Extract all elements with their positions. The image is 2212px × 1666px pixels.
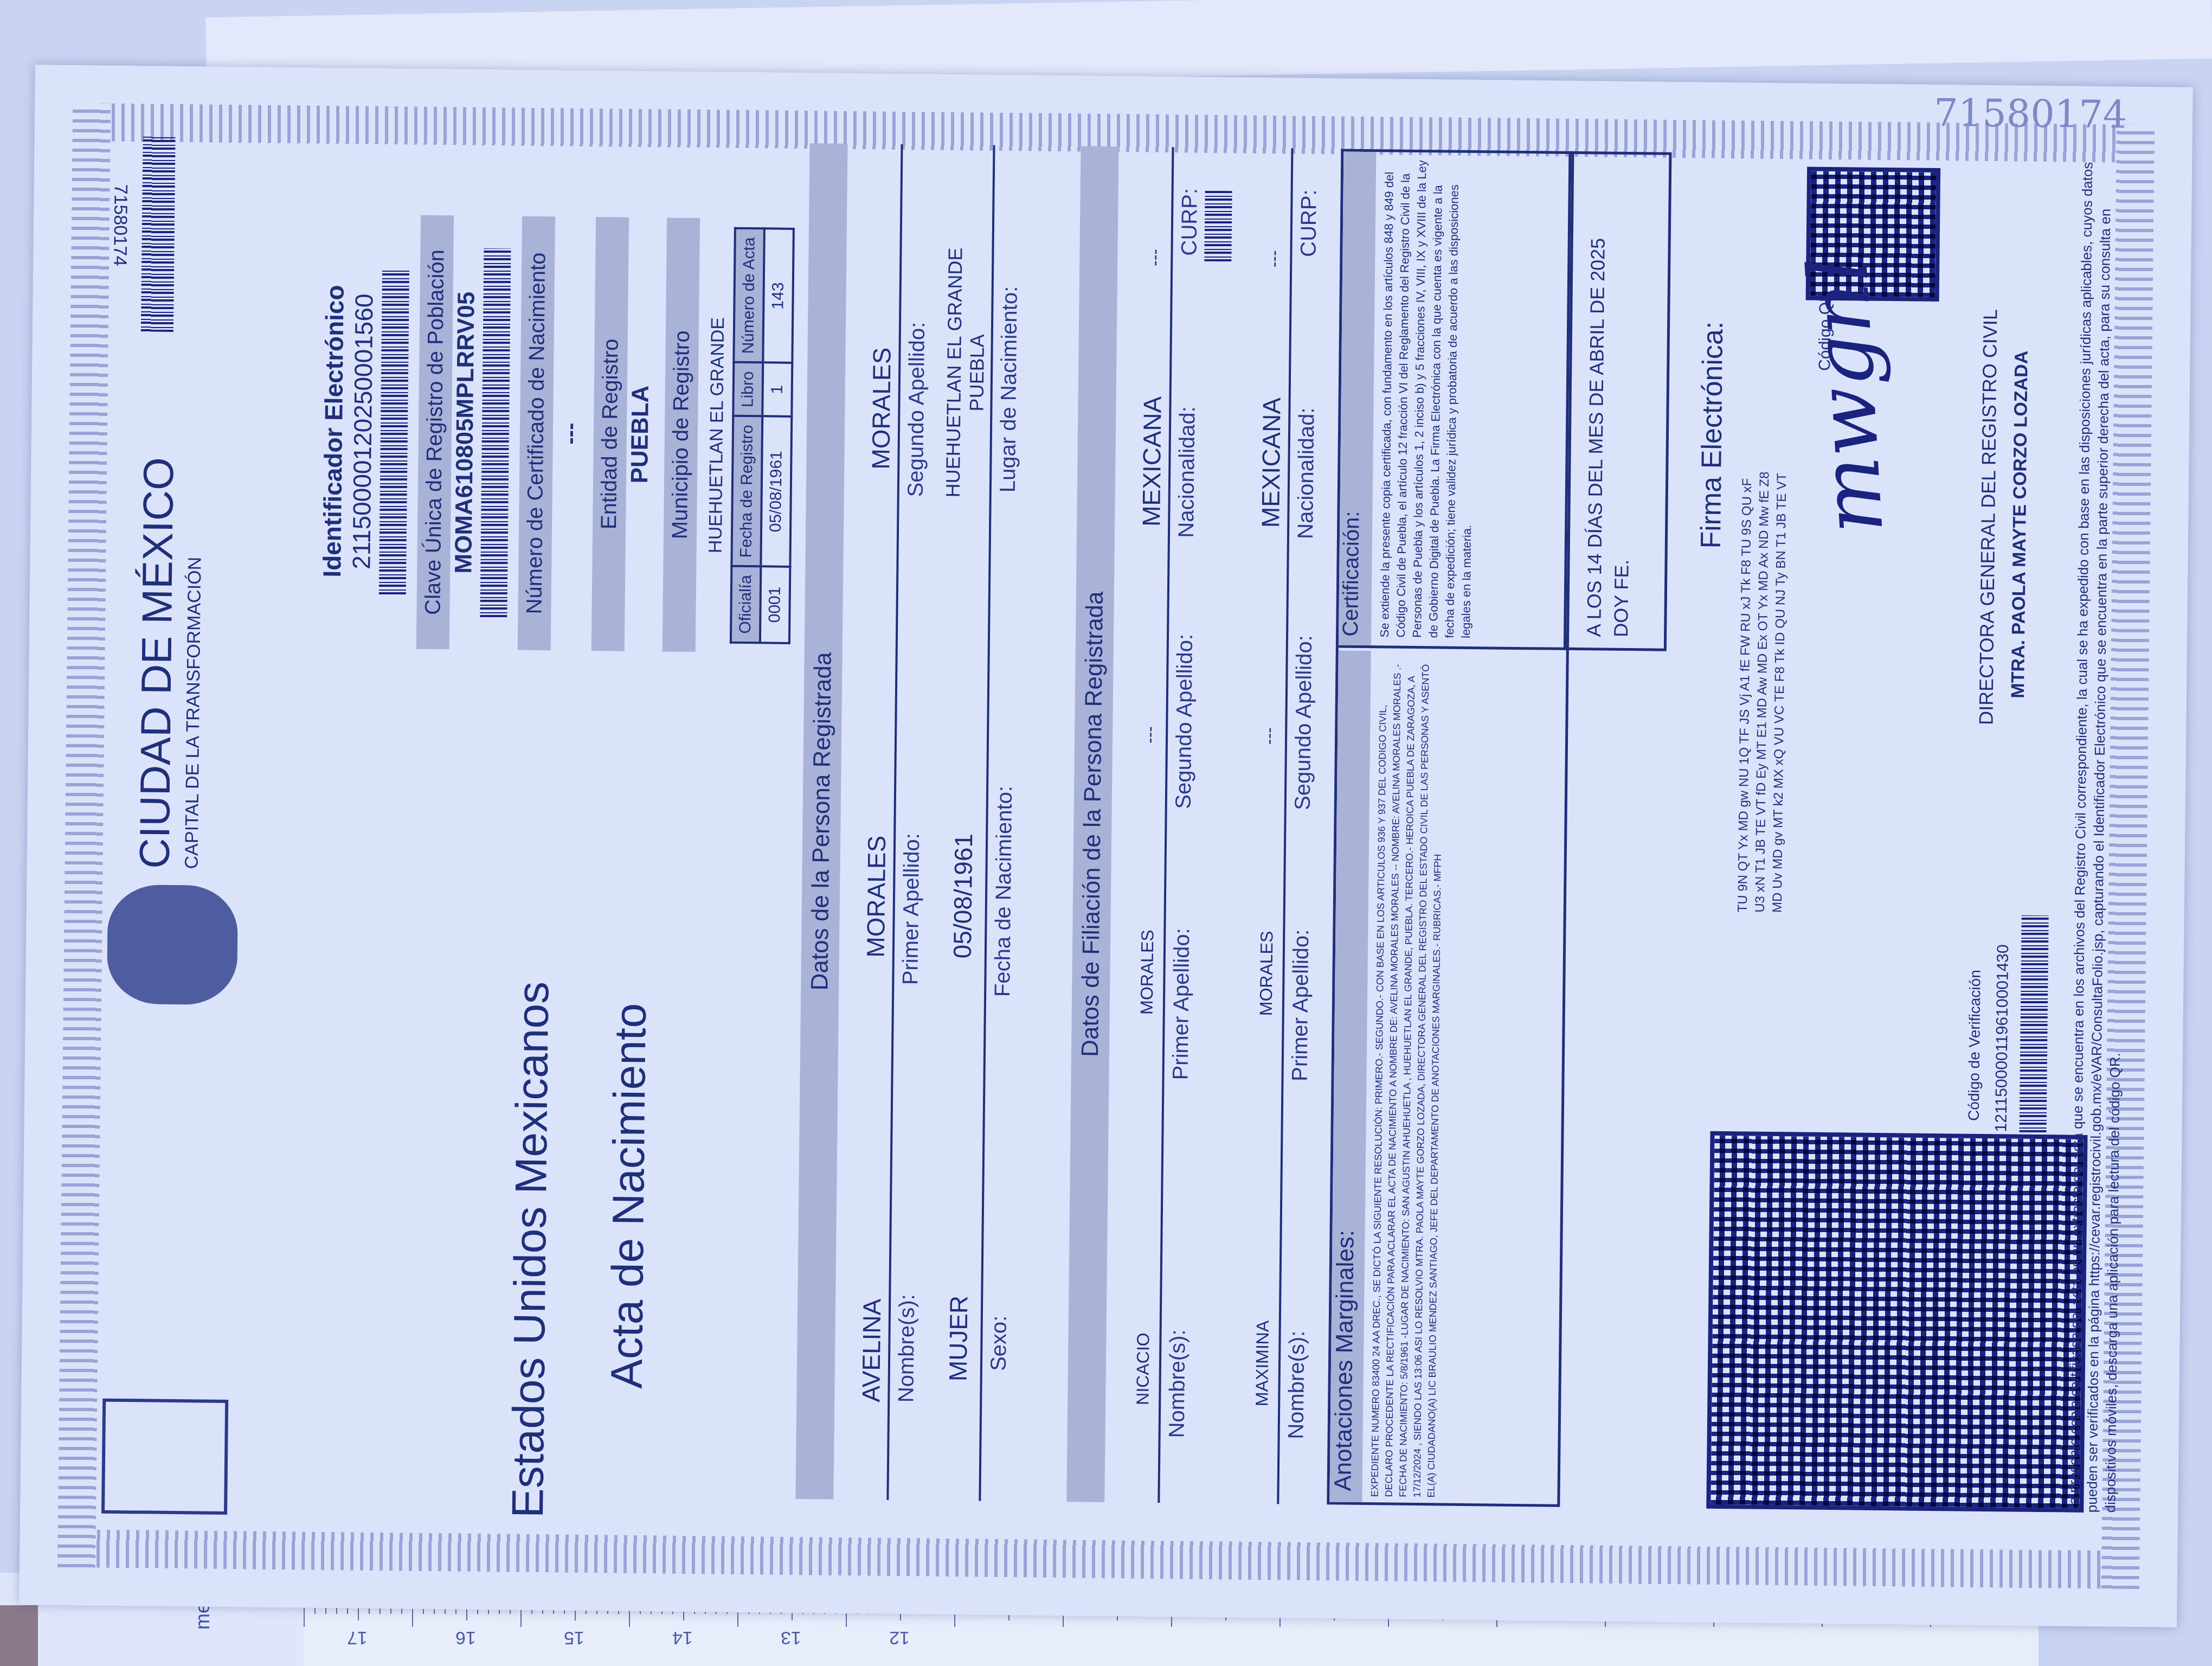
father-first-surname-label: Primer Apellido:	[1168, 928, 1194, 1080]
person-sex: MUJER	[943, 1295, 974, 1381]
cdmx-logo-icon	[107, 885, 238, 1005]
person-section-title: Datos de la Persona Registrada	[795, 143, 847, 1500]
person-birth-date-label: Fecha de Nacimiento:	[991, 786, 1017, 997]
mother-curp-label: CURP:	[1296, 189, 1321, 257]
mother-second-surname: ---	[1259, 727, 1279, 745]
father-second-surname-label: Segundo Apellido:	[1172, 634, 1198, 809]
father-second-surname: ---	[1140, 726, 1160, 744]
father-nationality-label: Nacionalidad:	[1174, 406, 1200, 538]
electronic-id-barcode	[379, 269, 409, 594]
top-barcode	[141, 136, 176, 332]
father-nationality: MEXICANA	[1136, 396, 1167, 527]
certification-date: A LOS 14 DÍAS DEL MES DE ABRIL DE 2025	[1583, 238, 1610, 637]
mother-names-label: Nombre(s):	[1284, 1330, 1310, 1439]
person-birth-place-1: HUEHUETLAN EL GRANDE	[941, 210, 967, 535]
signer-title: DIRECTORA GENERAL DEL REGISTRO CIVIL	[1975, 309, 2002, 725]
registry-table: OficialíaFecha de RegistroLibroNúmero de…	[730, 227, 795, 644]
municipality-value: HUEHUETLAN EL GRANDE	[704, 218, 730, 652]
verification-code: 121150000119610001430	[1992, 944, 2013, 1132]
father-curp-barcode	[1204, 191, 1232, 262]
father-curp-label: CURP:	[1177, 188, 1202, 256]
th-libro: Libro	[733, 362, 763, 416]
person-birth-date: 05/08/1961	[948, 834, 978, 959]
country-title: Estados Unidos Mexicanos	[503, 981, 559, 1518]
electronic-id-label: Identificador Electrónico	[317, 214, 350, 649]
verification-label: Código de Verificación	[1965, 970, 1984, 1121]
person-first-surname: MORALES	[861, 835, 891, 958]
person-first-surname-label: Primer Apellido:	[898, 833, 924, 985]
date-box: A LOS 14 DÍAS DEL MES DE ABRIL DE 2025 D…	[1564, 151, 1672, 651]
ruler-number: 16	[455, 1627, 476, 1648]
mother-first-surname-label: Primer Apellido:	[1288, 929, 1314, 1081]
td-fecha-registro: 05/08/1961	[761, 416, 792, 567]
person-names-label: Nombre(s):	[894, 1294, 919, 1402]
ruler-number: 15	[564, 1627, 584, 1648]
annotations-title: Anotaciones Marginales:	[1329, 650, 1371, 1502]
coat-of-arms-icon	[101, 1399, 228, 1515]
page-title: Acta de Nacimiento	[601, 1003, 656, 1389]
qr-code-large	[1706, 1131, 2087, 1513]
annotations-certification-box: Anotaciones Marginales: EXPEDIENTE NUMER…	[1327, 149, 1574, 1507]
father-names: NICACIO	[1133, 1332, 1153, 1405]
mother-nationality-label: Nacionalidad:	[1294, 407, 1320, 539]
father-names-label: Nombre(s):	[1165, 1329, 1191, 1438]
person-second-surname-label: Segundo Apellido:	[904, 322, 930, 497]
e-signature-label: Firma Electrónica:	[1695, 321, 1729, 549]
person-second-surname: MORALES	[866, 347, 896, 470]
mother-names: MAXIMINA	[1252, 1321, 1273, 1407]
handwritten-signature: mwgnl	[1791, 254, 1902, 536]
th-numero-acta: Número de Acta	[734, 228, 764, 363]
entity-label: Entidad de Registro	[591, 217, 629, 651]
issuer-logo-subtext: CAPITAL DE LA TRANSFORMACIÓN	[181, 557, 205, 869]
th-fecha-registro: Fecha de Registro	[731, 416, 762, 567]
birth-cert-value: ---	[556, 216, 585, 650]
ruler-number: 13	[781, 1627, 801, 1648]
ruler-number: 14	[672, 1627, 693, 1648]
annotations-text: EXPEDIENTE NUMERO 83400 24 AA DREC., SE …	[1367, 662, 1446, 1497]
ruler-number: 17	[347, 1627, 368, 1648]
e-signature-code: TU 9N QT Yx MD gw NU 1Q TF JS Vj A1 fE F…	[1734, 153, 1795, 913]
th-oficialia: Oficialía	[731, 566, 761, 643]
issuer-logo-text: CIUDAD DE MÉXICO	[130, 457, 183, 869]
father-curp: ---	[1144, 249, 1165, 266]
birth-cert-label: Número de Certificado de Nacimiento	[518, 216, 555, 651]
curp-label: Clave Única de Registro de Población	[416, 215, 454, 650]
signer-name: MTRA. PAOLA MAYTE CORZO LOZADA	[2008, 350, 2033, 698]
td-oficialia: 0001	[760, 567, 790, 643]
municipality-label: Municipio de Registro	[663, 217, 700, 652]
doy-fe: DOY FE.	[1610, 559, 1633, 637]
person-birth-place-label: Lugar de Nacimiento:	[996, 286, 1023, 493]
curp-value: MOMA610805MPLRRV05	[449, 215, 481, 649]
serial-number: 71580174	[1934, 91, 2127, 137]
mother-second-surname-label: Segundo Apellido:	[1291, 635, 1317, 810]
certification-text: Se extiende la presente copia certificad…	[1377, 157, 1479, 638]
mother-curp: ---	[1264, 250, 1284, 267]
verification-barcode	[2020, 915, 2049, 1133]
entity-value: PUEBLA	[625, 217, 656, 651]
person-section: AVELINA MORALES MORALES Nombre(s): Prime…	[850, 144, 1070, 1502]
parents-section-title: Datos de Filiación de la Persona Registr…	[1066, 146, 1118, 1502]
electronic-id: 21150000120250001560	[346, 214, 380, 649]
document-photo: CIUDAD DE MÉXICO CAPITAL DE LA TRANSFORM…	[0, 76, 2212, 1616]
person-birth-place-2: PUEBLA	[964, 210, 990, 535]
ruler-number: 12	[889, 1627, 910, 1648]
father-first-surname: MORALES	[1137, 930, 1158, 1015]
certification-title: Certificación:	[1339, 152, 1377, 646]
td-libro: 1	[762, 363, 792, 416]
td-numero-acta: 143	[763, 229, 794, 363]
birth-certificate: CIUDAD DE MÉXICO CAPITAL DE LA TRANSFORM…	[19, 65, 2193, 1627]
top-barcode-number: 71580174	[109, 184, 131, 266]
curp-barcode	[480, 248, 511, 617]
mother-nationality: MEXICANA	[1256, 398, 1287, 528]
mother-first-surname: MORALES	[1256, 931, 1277, 1016]
person-names: AVELINA	[856, 1298, 886, 1402]
person-sex-label: Sexo:	[987, 1315, 1012, 1371]
